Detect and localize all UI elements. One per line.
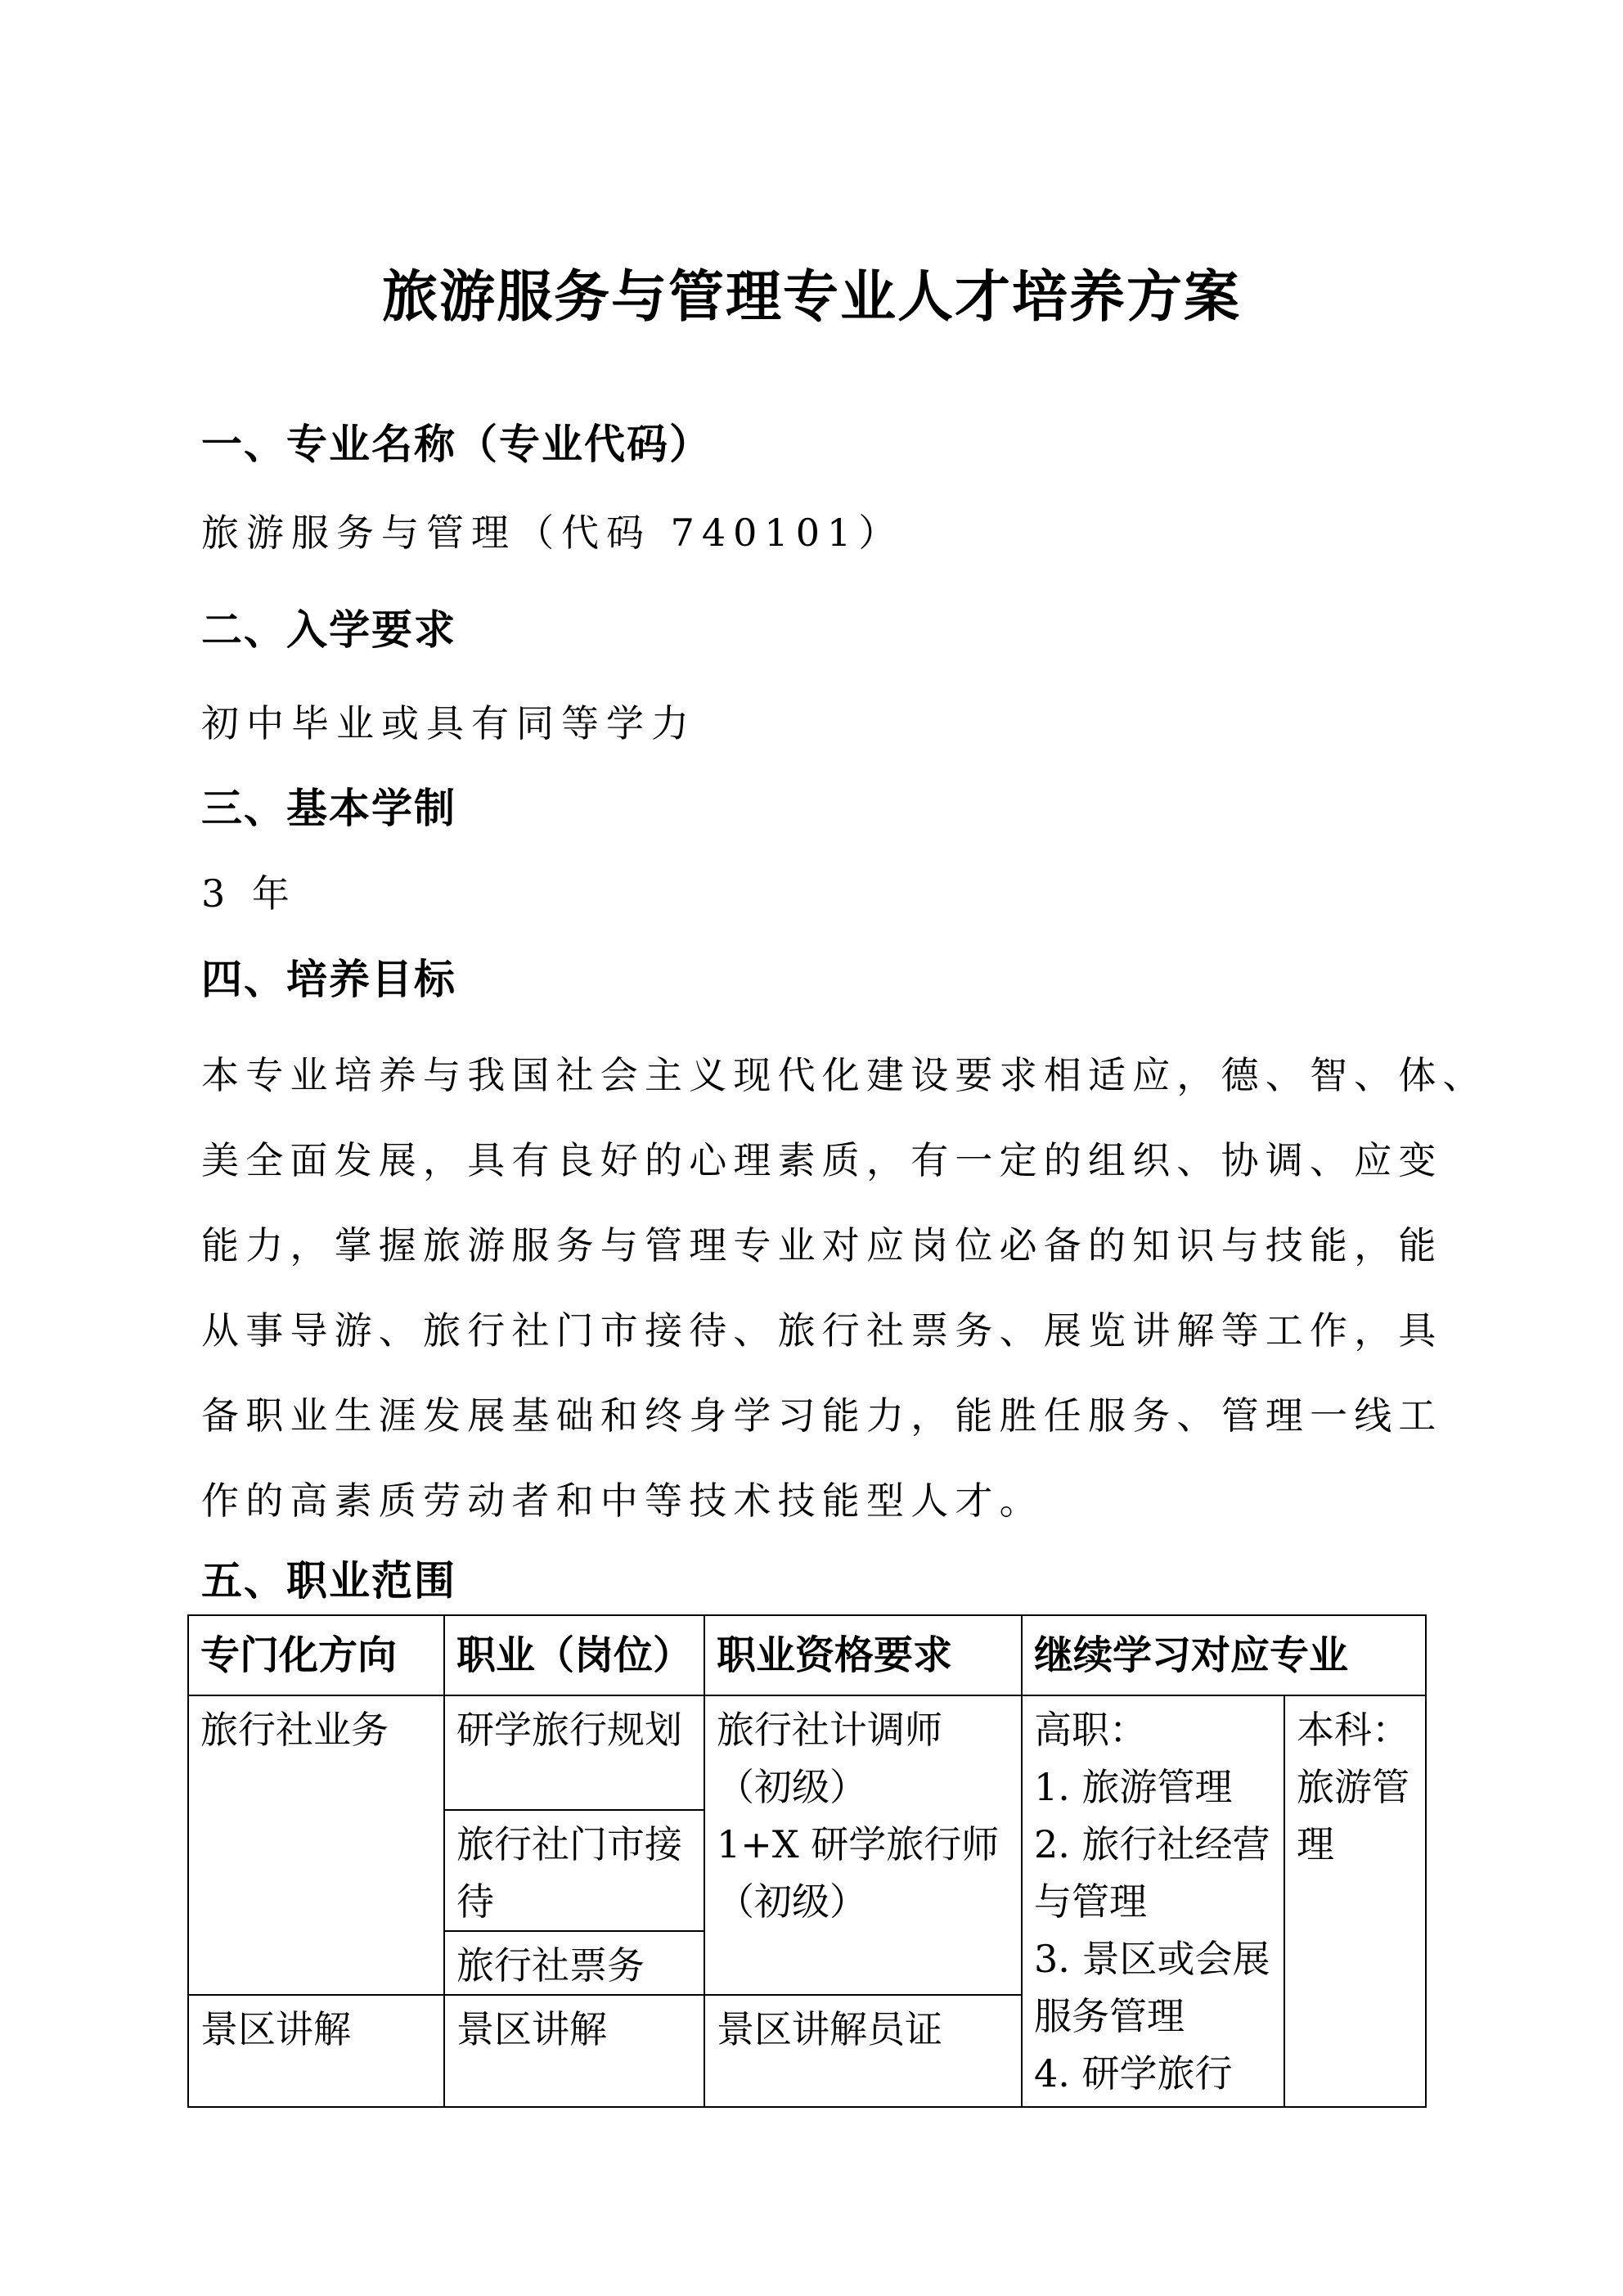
header-continuing-study: 继续学习对应专业 bbox=[1022, 1615, 1426, 1695]
undergraduate-item: 旅游管理 bbox=[1297, 1758, 1414, 1873]
cell-job: 景区讲解 bbox=[444, 1995, 704, 2107]
objectives-line: 能力，掌握旅游服务与管理专业对应岗位必备的知识与技能，能 bbox=[201, 1203, 1445, 1288]
section-body-objectives: 本专业培养与我国社会主义现代化建设要求相适应，德、智、体、 美全面发展，具有良好… bbox=[201, 1033, 1445, 1543]
document-title: 旅游服务与管理专业人才培养方案 bbox=[0, 260, 1623, 334]
section-heading-occupation-scope: 五、职业范围 bbox=[201, 1552, 456, 1609]
cell-job: 旅行社票务 bbox=[444, 1931, 704, 1995]
section-body-duration: 3 年 bbox=[201, 865, 297, 922]
header-qualification: 职业资格要求 bbox=[704, 1615, 1022, 1695]
section-body-admission: 初中毕业或具有同等学力 bbox=[201, 695, 696, 752]
higher-vocational-item: 1. 旅游管理 bbox=[1034, 1758, 1272, 1816]
header-job: 职业（岗位） bbox=[444, 1615, 704, 1695]
objectives-line: 从事导游、旅行社门市接待、旅行社票务、展览讲解等工作，具 bbox=[201, 1288, 1445, 1373]
cell-undergraduate: 本科： 旅游管理 bbox=[1284, 1695, 1426, 2107]
section-body-major-name: 旅游服务与管理（代码 740101） bbox=[201, 504, 903, 561]
higher-vocational-item: 3. 景区或会展服务管理 bbox=[1034, 1930, 1272, 2045]
table-row: 旅行社业务 研学旅行规划 旅行社计调师（初级） 1+X 研学旅行师（初级） 高职… bbox=[188, 1695, 1426, 1810]
occupation-table: 专门化方向 职业（岗位） 职业资格要求 继续学习对应专业 旅行社业务 研学旅行规… bbox=[187, 1614, 1427, 2108]
objectives-line: 美全面发展，具有良好的心理素质，有一定的组织、协调、应变 bbox=[201, 1118, 1445, 1203]
qualification-item: 旅行社计调师（初级） bbox=[717, 1701, 1009, 1816]
header-direction: 专门化方向 bbox=[188, 1615, 444, 1695]
section-heading-major-name: 一、专业名称（专业代码） bbox=[201, 416, 712, 473]
objectives-line: 作的高素质劳动者和中等技术技能型人才。 bbox=[201, 1458, 1445, 1543]
objectives-line: 备职业生涯发展基础和终身学习能力，能胜任服务、管理一线工 bbox=[201, 1373, 1445, 1458]
cell-job: 研学旅行规划 bbox=[444, 1695, 704, 1810]
document-page: 旅游服务与管理专业人才培养方案 一、专业名称（专业代码） 旅游服务与管理（代码 … bbox=[0, 0, 1623, 2296]
higher-vocational-label: 高职： bbox=[1034, 1701, 1272, 1758]
cell-direction: 旅行社业务 bbox=[188, 1695, 444, 1995]
higher-vocational-item: 2. 旅行社经营与管理 bbox=[1034, 1816, 1272, 1930]
cell-direction: 景区讲解 bbox=[188, 1995, 444, 2107]
section-heading-admission: 二、入学要求 bbox=[201, 601, 456, 659]
undergraduate-label: 本科： bbox=[1297, 1701, 1414, 1758]
section-heading-duration: 三、基本学制 bbox=[201, 780, 456, 837]
objectives-line: 本专业培养与我国社会主义现代化建设要求相适应，德、智、体、 bbox=[201, 1033, 1445, 1118]
qualification-item: 1+X 研学旅行师（初级） bbox=[717, 1816, 1009, 1930]
higher-vocational-item: 4. 研学旅行 bbox=[1034, 2045, 1272, 2102]
cell-qualification: 景区讲解员证 bbox=[704, 1995, 1022, 2107]
cell-qualification: 旅行社计调师（初级） 1+X 研学旅行师（初级） bbox=[704, 1695, 1022, 1995]
table-header-row: 专门化方向 职业（岗位） 职业资格要求 继续学习对应专业 bbox=[188, 1615, 1426, 1695]
section-heading-objectives: 四、培养目标 bbox=[201, 951, 456, 1008]
cell-higher-vocational: 高职： 1. 旅游管理 2. 旅行社经营与管理 3. 景区或会展服务管理 4. … bbox=[1022, 1695, 1284, 2107]
cell-job: 旅行社门市接待 bbox=[444, 1810, 704, 1931]
